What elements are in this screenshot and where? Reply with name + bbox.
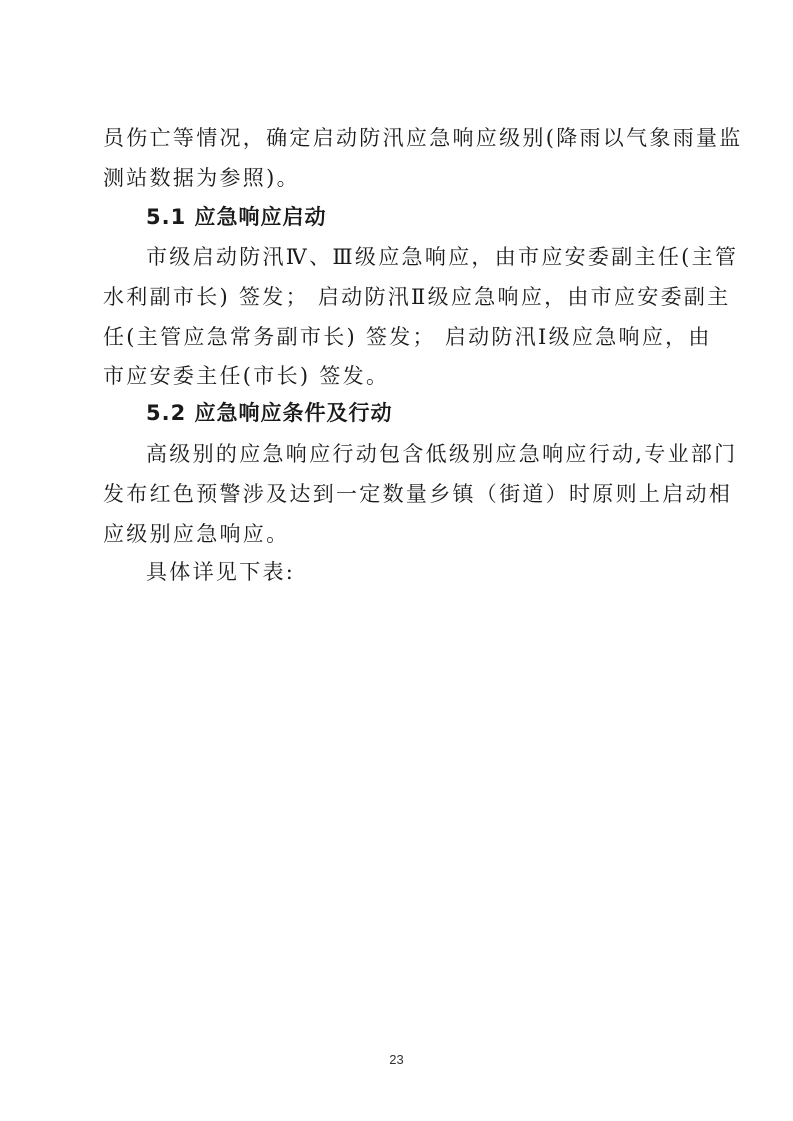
section-heading-5-2: 5.2 应急响应条件及行动 xyxy=(146,399,736,427)
page-number: 23 xyxy=(0,1052,793,1067)
paragraph-line: 高级别的应急响应行动包含低级别应急响应行动,专业部门 xyxy=(146,440,736,468)
paragraph-line: 应级别应急响应。 xyxy=(103,520,693,548)
paragraph-line: 员伤亡等情况，确定启动防汛应急响应级别(降雨以气象雨量监 xyxy=(103,124,693,152)
paragraph-line: 市应安委主任(市长) 签发。 xyxy=(103,362,693,390)
paragraph-line: 任(主管应急常务副市长) 签发； 启动防汛Ⅰ级应急响应，由 xyxy=(103,323,693,351)
paragraph-line: 发布红色预警涉及达到一定数量乡镇（街道）时原则上启动相 xyxy=(103,480,693,508)
paragraph-line: 测站数据为参照)。 xyxy=(103,164,693,192)
section-heading-5-1: 5.1 应急响应启动 xyxy=(146,203,736,231)
paragraph-line: 水利副市长) 签发； 启动防汛Ⅱ级应急响应，由市应安委副主 xyxy=(103,283,693,311)
paragraph-line: 市级启动防汛Ⅳ、Ⅲ级应急响应，由市应安委副主任(主管 xyxy=(146,243,736,271)
paragraph-line: 具体详见下表: xyxy=(146,558,736,586)
